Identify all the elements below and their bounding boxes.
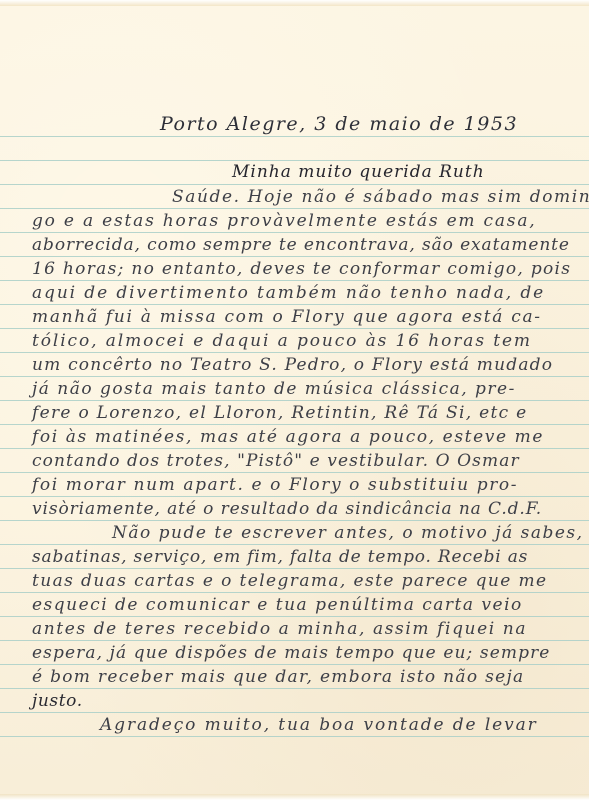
body-line: fere o Lorenzo, el Lloron, Retintin, Rê …: [32, 401, 528, 425]
body-line: go e a estas horas provàvelmente estás e…: [32, 209, 536, 233]
body-line: sabatinas, serviço, em fim, falta de tem…: [32, 545, 528, 569]
body-line: aqui de divertimento também não tenho na…: [32, 281, 545, 305]
salutation: Minha muito querida Ruth: [232, 160, 485, 184]
body-line: espera, já que dispões de mais tempo que…: [32, 641, 550, 665]
body-line: esqueci de comunicar e tua penúltima car…: [32, 593, 523, 617]
body-line: antes de teres recebido a minha, assim f…: [32, 617, 527, 641]
body-line: Agradeço muito, tua boa vontade de levar: [100, 713, 538, 737]
body-line: foi às matinées, mas até agora a pouco, …: [32, 425, 544, 449]
body-line: tólico, almocei e daqui a pouco às 16 ho…: [32, 329, 532, 353]
body-line: já não gosta mais tanto de música clássi…: [32, 377, 516, 401]
body-line: Não pude te escrever antes, o motivo já …: [112, 521, 584, 545]
body-line: justo.: [32, 689, 83, 713]
body-line: 16 horas; no entanto, deves te conformar…: [32, 257, 571, 281]
body-line: um concêrto no Teatro S. Pedro, o Flory …: [32, 353, 553, 377]
body-line: Saúde. Hoje não é sábado mas sim domin-: [172, 185, 589, 209]
body-line: contando dos trotes, "Pistô" e vestibula…: [32, 449, 520, 473]
body-line: tuas duas cartas e o telegrama, este par…: [32, 569, 547, 593]
body-line: visòriamente, até o resultado da sindicâ…: [32, 497, 542, 521]
body-line: manhã fui à missa com o Flory que agora …: [32, 305, 542, 329]
paper-bottom-edge: [0, 794, 589, 800]
body-line: foi morar num apart. e o Flory o substit…: [32, 473, 518, 497]
letter-page: Porto Alegre, 3 de maio de 1953 Minha mu…: [0, 0, 589, 800]
place-date-heading: Porto Alegre, 3 de maio de 1953: [160, 112, 518, 136]
body-line: é bom receber mais que dar, embora isto …: [32, 665, 524, 689]
paper-top-edge: [0, 0, 589, 6]
body-line: aborrecida, como sempre te encontrava, s…: [32, 233, 570, 257]
rule-line: [0, 136, 589, 137]
